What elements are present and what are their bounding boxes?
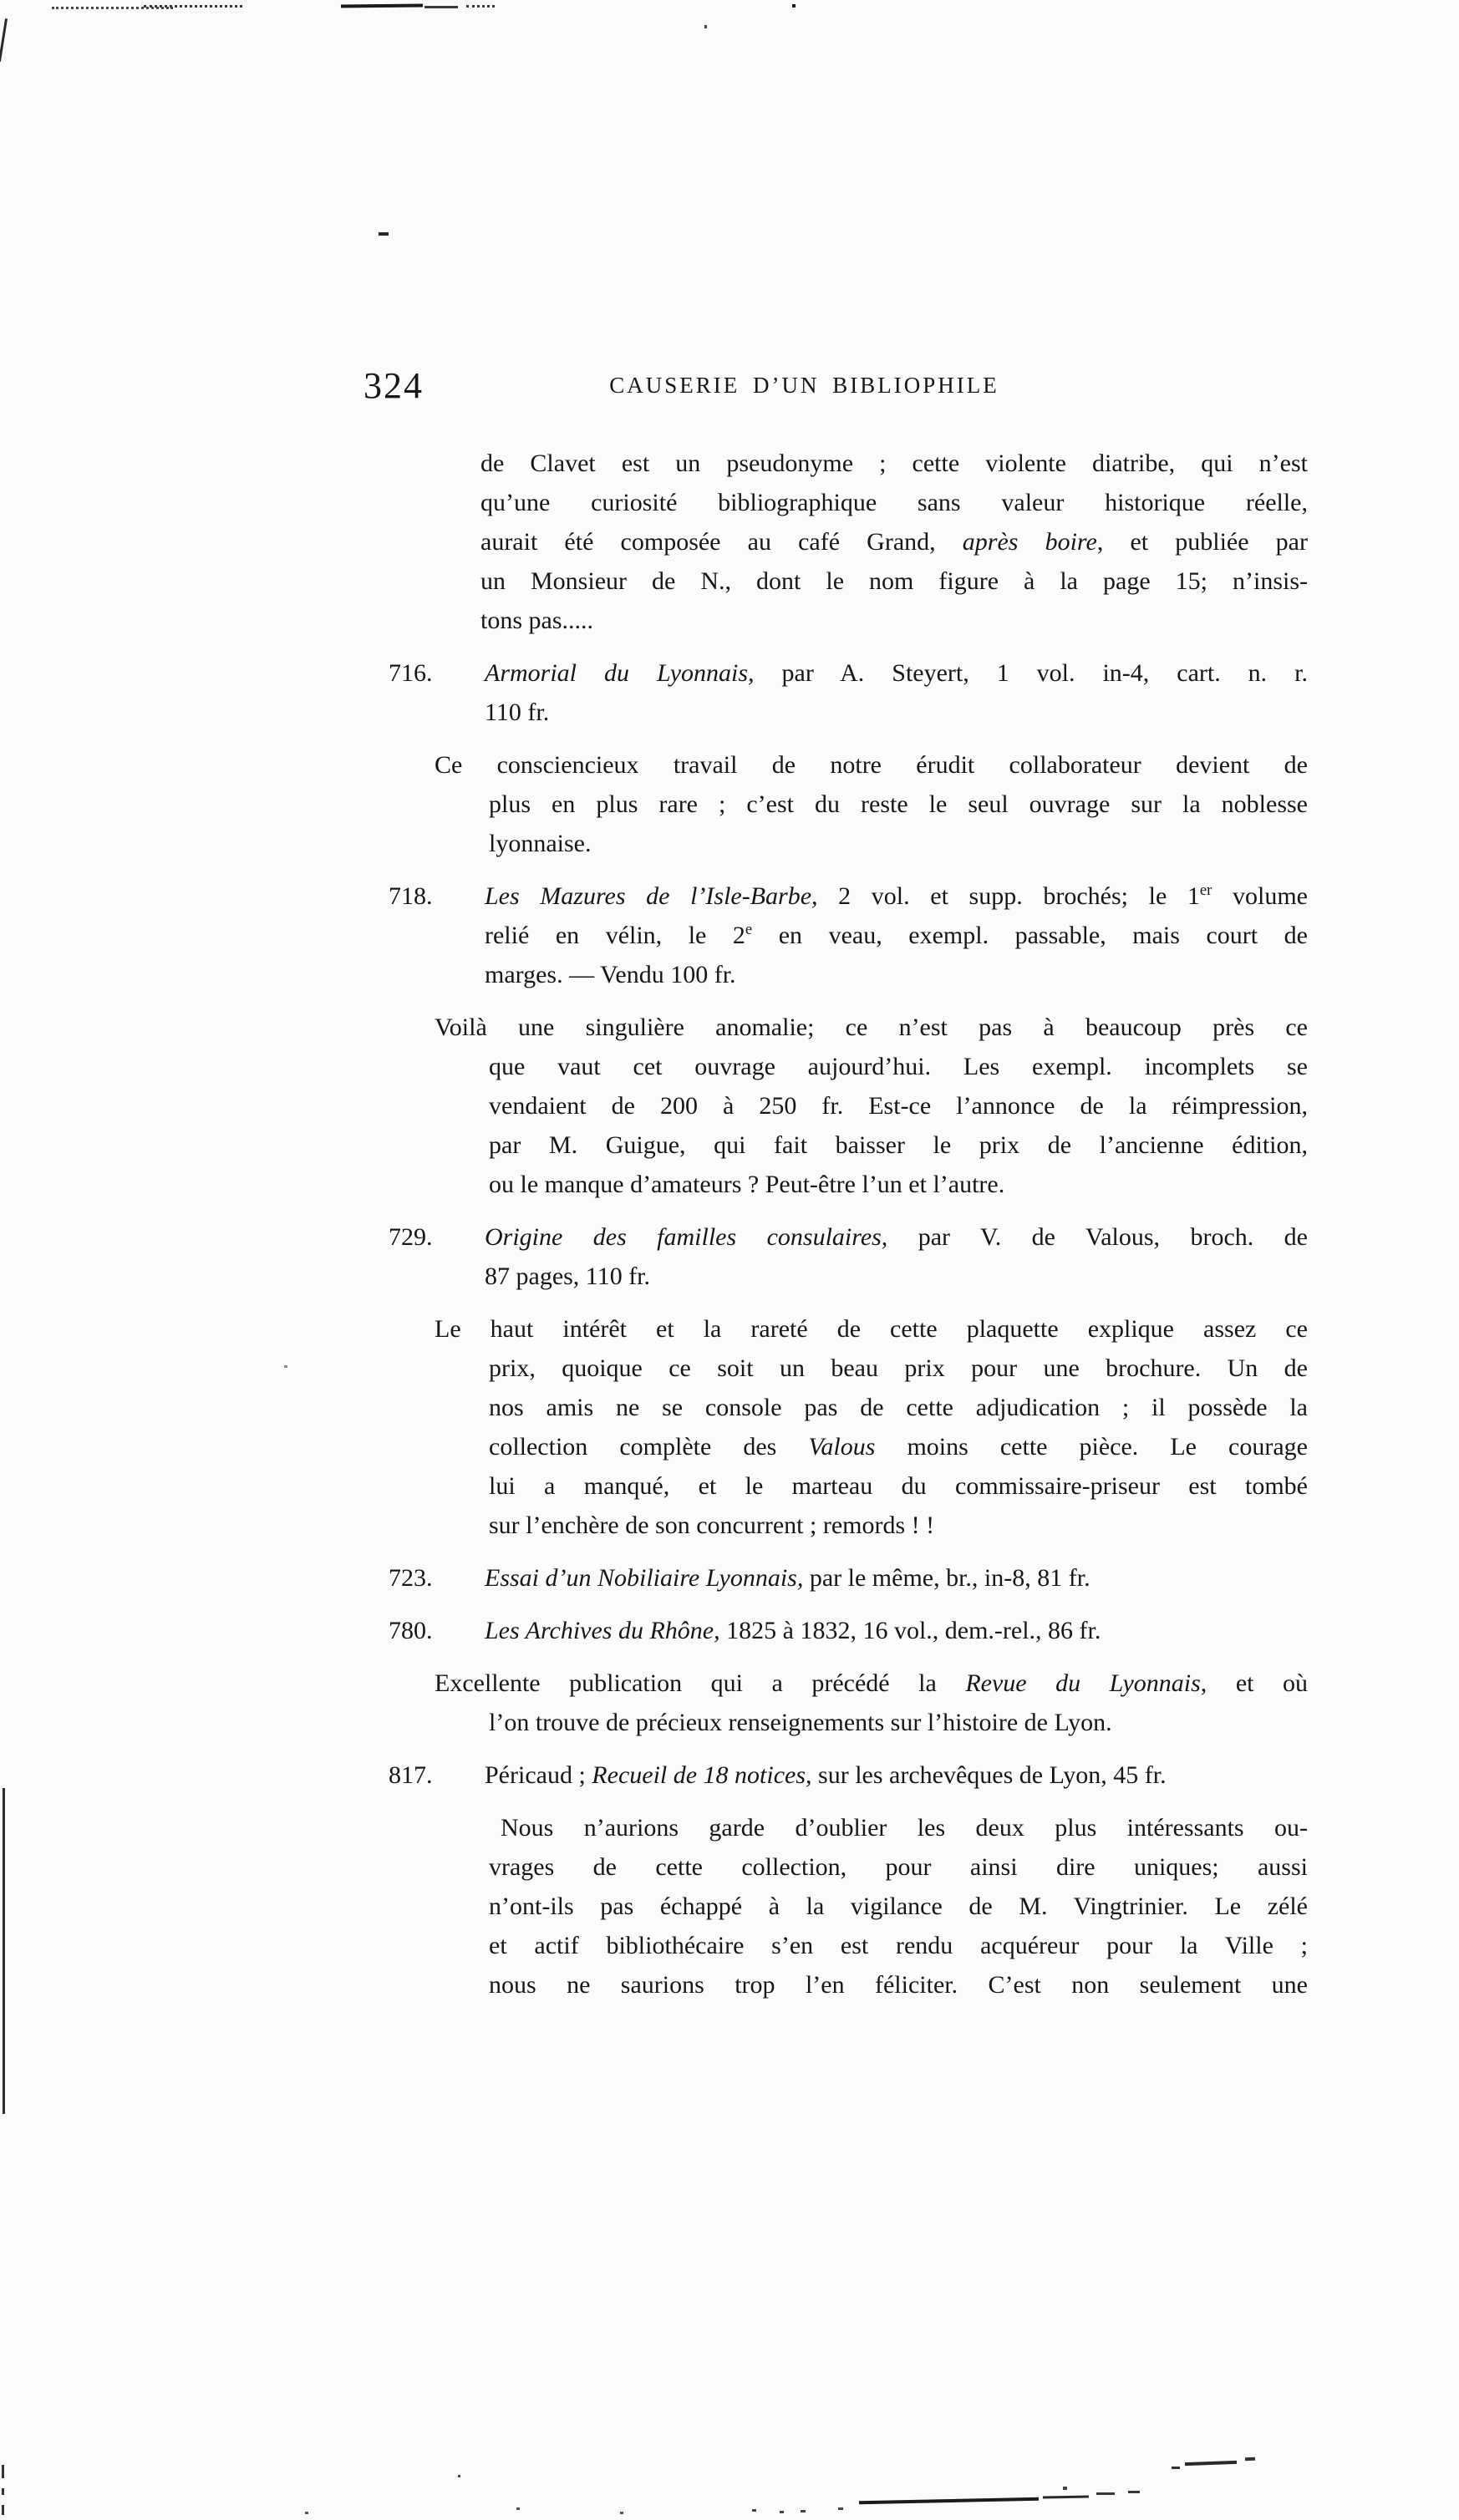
paragraph: Excellente publication qui a précédé la …	[389, 1664, 1308, 1742]
scan-artifact	[1043, 2496, 1089, 2499]
scan-artifact	[801, 2510, 806, 2512]
scan-artifact	[1185, 2461, 1237, 2466]
text-line: qu’une curiosité bibliographique sans va…	[480, 483, 1308, 522]
text-line: que vaut cet ouvrage aujourd’hui. Les ex…	[489, 1047, 1308, 1086]
text-line: lui a manqué, et le marteau du commissai…	[489, 1466, 1308, 1506]
entry-number: 718.	[389, 876, 433, 916]
text-line: et actif bibliothécaire s’en est rendu a…	[489, 1926, 1308, 1965]
scan-artifact	[424, 6, 458, 8]
text-line: l’on trouve de précieux renseignements s…	[489, 1703, 1308, 1742]
page-body: de Clavet est un pseudonyme ; cette viol…	[389, 444, 1308, 2018]
paragraph: Le haut intérêt et la rareté de cette pl…	[389, 1309, 1308, 1545]
scan-artifact	[1063, 2487, 1067, 2490]
text-line: Nous n’aurions garde d’oublier les deux …	[489, 1808, 1308, 1847]
scan-artifact	[859, 2497, 1039, 2505]
scan-artifact	[341, 3, 423, 8]
scan-artifact	[1172, 2467, 1180, 2469]
scan-artifact	[379, 232, 389, 236]
scan-artifact	[305, 2512, 308, 2514]
text-line: vendaient de 200 à 250 fr. Est-ce l’anno…	[489, 1086, 1308, 1125]
scan-artifact	[2, 2505, 4, 2515]
running-header: CAUSERIE D’UN BIBLIOPHILE	[355, 373, 1253, 399]
text-line: nous ne saurions trop l’en féliciter. C’…	[489, 1965, 1308, 2004]
scan-artifact	[2, 2465, 4, 2478]
scanned-book-page: { "page": { "number": "324", "header": "…	[0, 0, 1459, 2520]
scan-artifact	[516, 2507, 520, 2510]
text-line: Le haut intérêt et la rareté de cette pl…	[435, 1309, 1308, 1349]
text-line: plus en plus rare ; c’est du reste le se…	[489, 785, 1308, 824]
text-line: lyonnaise.	[489, 824, 1308, 863]
text-line: tons pas.....	[480, 601, 1308, 640]
text-line: Origine des familles consulaires, par V.…	[485, 1217, 1308, 1257]
text-line: Les Archives du Rhône, 1825 à 1832, 16 v…	[485, 1611, 1308, 1650]
text-line: Armorial du Lyonnais, par A. Steyert, 1 …	[485, 653, 1308, 693]
scan-artifact	[780, 2511, 784, 2513]
scan-artifact	[752, 2509, 756, 2512]
scan-artifact	[1096, 2492, 1115, 2495]
entry-number: 817.	[389, 1755, 433, 1795]
scan-artifact	[144, 5, 242, 8]
entry-number: 780.	[389, 1611, 433, 1650]
entry-number: 729.	[389, 1217, 433, 1257]
scan-artifact	[458, 2475, 460, 2477]
text-line: Péricaud ; Recueil de 18 notices, sur le…	[485, 1755, 1308, 1795]
text-line: prix, quoique ce soit un beau prix pour …	[489, 1349, 1308, 1388]
paragraph: Nous n’aurions garde d’oublier les deux …	[389, 1808, 1308, 2004]
text-line: sur l’enchère de son concurrent ; remord…	[489, 1506, 1308, 1545]
text-line: de Clavet est un pseudonyme ; cette viol…	[480, 444, 1308, 483]
text-line: vrages de cette collection, pour ainsi d…	[489, 1847, 1308, 1887]
text-line: Les Mazures de l’Isle-Barbe, 2 vol. et s…	[485, 876, 1308, 916]
scan-artifact	[284, 1365, 287, 1368]
text-line: ou le manque d’amateurs ? Peut-être l’un…	[489, 1165, 1308, 1204]
catalog-entry: 729.Origine des familles consulaires, pa…	[389, 1217, 1308, 1296]
scan-artifact	[0, 18, 8, 62]
text-line: n’ont-ils pas échappé à la vigilance de …	[489, 1887, 1308, 1926]
text-line: aurait été composée au café Grand, après…	[480, 522, 1308, 561]
scan-artifact	[466, 5, 495, 8]
scan-artifact	[1128, 2491, 1140, 2493]
scan-artifact	[792, 4, 796, 8]
text-line: par M. Guigue, qui fait baisser le prix …	[489, 1125, 1308, 1165]
scan-artifact	[620, 2512, 623, 2514]
paragraph: Voilà une singulière anomalie; ce n’est …	[389, 1008, 1308, 1204]
scan-artifact	[704, 25, 707, 28]
text-line: 110 fr.	[485, 693, 1308, 732]
text-line: Excellente publication qui a précédé la …	[435, 1664, 1308, 1703]
paragraph: de Clavet est un pseudonyme ; cette viol…	[389, 444, 1308, 640]
text-line: Voilà une singulière anomalie; ce n’est …	[435, 1008, 1308, 1047]
text-line: nos amis ne se console pas de cette adju…	[489, 1388, 1308, 1427]
catalog-entry: 716.Armorial du Lyonnais, par A. Steyert…	[389, 653, 1308, 732]
catalog-entry: 718.Les Mazures de l’Isle-Barbe, 2 vol. …	[389, 876, 1308, 994]
paragraph: Ce consciencieux travail de notre érudit…	[389, 745, 1308, 863]
entry-number: 716.	[389, 653, 433, 693]
text-line: Ce consciencieux travail de notre érudit…	[435, 745, 1308, 785]
text-line: marges. — Vendu 100 fr.	[485, 955, 1308, 994]
scan-artifact	[2, 2488, 4, 2495]
text-line: Essai d’un Nobiliaire Lyonnais, par le m…	[485, 1558, 1308, 1598]
entry-number: 723.	[389, 1558, 433, 1598]
catalog-entry: 817.Péricaud ; Recueil de 18 notices, su…	[389, 1755, 1308, 1795]
catalog-entry: 780.Les Archives du Rhône, 1825 à 1832, …	[389, 1611, 1308, 1650]
scan-artifact	[3, 1788, 5, 2114]
text-line: relié en vélin, le 2e en veau, exempl. p…	[485, 916, 1308, 955]
scan-artifact	[838, 2507, 843, 2510]
text-line: un Monsieur de N., dont le nom figure à …	[480, 561, 1308, 601]
scan-artifact	[1245, 2457, 1255, 2461]
text-line: 87 pages, 110 fr.	[485, 1257, 1308, 1296]
text-line: collection complète des Valous moins cet…	[489, 1427, 1308, 1466]
catalog-entry: 723.Essai d’un Nobiliaire Lyonnais, par …	[389, 1558, 1308, 1598]
